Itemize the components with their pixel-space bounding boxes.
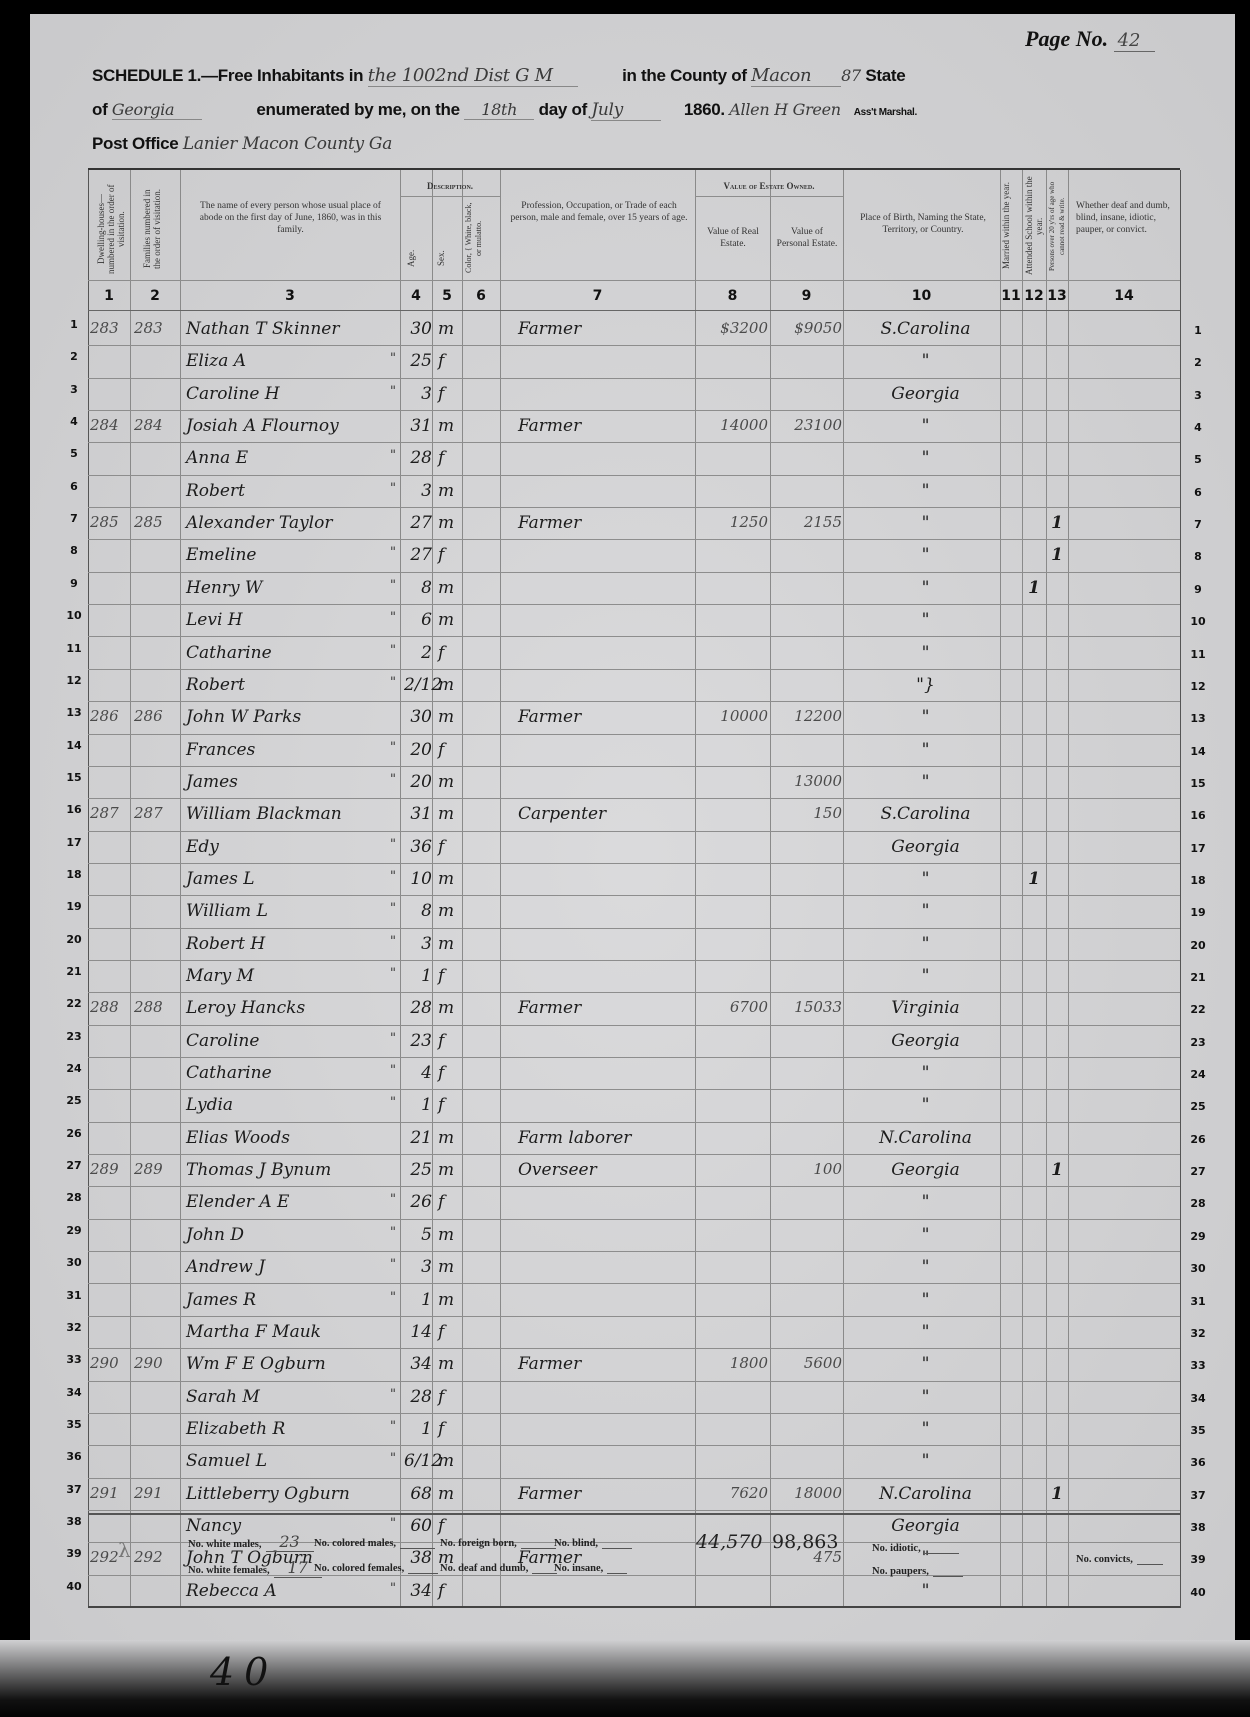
- birthplace: N.Carolina: [853, 1128, 998, 1148]
- col-num-13: 13: [1046, 288, 1068, 304]
- person-name: William Blackman: [186, 804, 366, 824]
- line-number-right: 32: [1188, 1327, 1208, 1340]
- table-row: Martha F Mauk14f"3232: [88, 1317, 1180, 1349]
- person-name: James R: [186, 1290, 366, 1310]
- sex: m: [438, 1225, 462, 1245]
- sex: f: [438, 1063, 462, 1083]
- name-ditto-mark: ": [368, 1095, 396, 1110]
- dwelling-number: 284: [90, 416, 130, 434]
- header-line-1: SCHEDULE 1.—Free Inhabitants in the 1002…: [92, 65, 905, 87]
- personal-estate-value: 5600: [774, 1354, 842, 1372]
- birthplace: ": [853, 934, 998, 954]
- deaf-dumb-label: No. deaf and dumb,: [440, 1563, 528, 1574]
- col-8-header: Value of Real Estate.: [700, 226, 766, 250]
- sex: m: [438, 998, 462, 1018]
- dwelling-number: 288: [90, 998, 130, 1016]
- person-name: Caroline H: [186, 384, 366, 404]
- family-number: 286: [134, 707, 178, 725]
- sex: m: [438, 416, 462, 436]
- table-row: Andrew J"3m"3030: [88, 1252, 1180, 1284]
- sex: m: [438, 772, 462, 792]
- birthplace: ": [853, 1225, 998, 1245]
- name-ditto-mark: ": [368, 837, 396, 852]
- line-number-left: 37: [64, 1483, 84, 1496]
- person-name: Elizabeth R: [186, 1419, 366, 1439]
- total-real-estate: 44,570: [696, 1531, 762, 1553]
- post-office-label: Post Office: [92, 134, 178, 153]
- marshal-name: Allen H Green: [729, 100, 849, 119]
- year: 1860.: [684, 100, 725, 119]
- person-name: Rebecca A: [186, 1581, 366, 1601]
- sex: f: [438, 1387, 462, 1407]
- school-mark: 1: [1022, 869, 1046, 889]
- month-field: July: [591, 100, 661, 121]
- name-ditto-mark: ": [368, 578, 396, 593]
- personal-estate-value: 100: [774, 1160, 842, 1178]
- occupation: Farmer: [518, 1354, 688, 1374]
- age: 8: [404, 901, 432, 921]
- illiterate-mark: 1: [1046, 1160, 1068, 1180]
- line-number-right: 12: [1188, 680, 1208, 693]
- line-number-left: 38: [64, 1515, 84, 1528]
- line-number-right: 39: [1188, 1553, 1208, 1566]
- name-ditto-mark: ": [368, 1225, 396, 1240]
- line-number-left: 34: [64, 1386, 84, 1399]
- person-name: Robert H: [186, 934, 366, 954]
- county-label: in the County of: [622, 66, 747, 85]
- col-5-header: Sex.: [436, 240, 456, 276]
- line-number-right: 31: [1188, 1295, 1208, 1308]
- person-name: John D: [186, 1225, 366, 1245]
- line-number-left: 13: [64, 706, 84, 719]
- real-estate-value: 14000: [698, 416, 768, 434]
- line-number-left: 39: [64, 1547, 84, 1560]
- description-group-header: Description.: [400, 180, 500, 192]
- person-name: Anna E: [186, 448, 366, 468]
- occupation: Farmer: [518, 319, 688, 339]
- birthplace: ": [853, 1581, 998, 1601]
- sex: m: [438, 1257, 462, 1277]
- real-estate-value: $3200: [698, 319, 768, 337]
- real-estate-value: 1250: [698, 513, 768, 531]
- age: 28: [404, 1387, 432, 1407]
- age: 25: [404, 351, 432, 371]
- line-number-right: 2: [1188, 356, 1208, 369]
- personal-estate-value: 23100: [774, 416, 842, 434]
- occupation: Farmer: [518, 998, 688, 1018]
- line-number-right: 34: [1188, 1392, 1208, 1405]
- age: 30: [404, 319, 432, 339]
- line-number-left: 21: [64, 965, 84, 978]
- line-number-right: 36: [1188, 1456, 1208, 1469]
- table-row: 290290Wm F E Ogburn34mFarmer18005600"333…: [88, 1349, 1180, 1381]
- name-ditto-mark: ": [368, 869, 396, 884]
- age: 8: [404, 578, 432, 598]
- dwelling-number: 291: [90, 1484, 130, 1502]
- age: 34: [404, 1581, 432, 1601]
- age: 10: [404, 869, 432, 889]
- personal-estate-value: 150: [774, 804, 842, 822]
- foreign-born-field: No. foreign born,: [440, 1538, 556, 1549]
- sex: m: [438, 1160, 462, 1180]
- sex: f: [438, 643, 462, 663]
- name-ditto-mark: ": [368, 675, 396, 690]
- birthplace: ": [853, 513, 998, 533]
- table-row: 283283Nathan T Skinner30mFarmer$3200$905…: [88, 314, 1180, 346]
- line-number-right: 35: [1188, 1424, 1208, 1437]
- table-row: 284284Josiah A Flournoy31mFarmer14000231…: [88, 411, 1180, 443]
- birthplace: ": [853, 1322, 998, 1342]
- district-field: the 1002nd Dist G M: [368, 65, 578, 87]
- col-num-6: 6: [462, 288, 500, 304]
- birthplace: Georgia: [853, 837, 998, 857]
- age: 36: [404, 837, 432, 857]
- school-mark: 1: [1022, 578, 1046, 598]
- table-row: 285285Alexander Taylor27mFarmer12502155"…: [88, 508, 1180, 540]
- birthplace: ": [853, 545, 998, 565]
- col-4-header: Age.: [406, 240, 426, 276]
- col-3-header: The name of every person whose usual pla…: [188, 200, 393, 236]
- table-row: Robert"2/12m"}1212: [88, 670, 1180, 702]
- person-name: Edy: [186, 837, 366, 857]
- table-row: 287287William Blackman31mCarpenter150S.C…: [88, 799, 1180, 831]
- line-number-left: 30: [64, 1256, 84, 1269]
- col-13-header: Persons over 20 y'rs of age who cannot r…: [1047, 176, 1067, 276]
- table-row: Lydia"1f"2525: [88, 1090, 1180, 1122]
- occupation: Overseer: [518, 1160, 688, 1180]
- age: 3: [404, 384, 432, 404]
- name-ditto-mark: ": [368, 1290, 396, 1305]
- col-num-14: 14: [1068, 288, 1180, 304]
- personal-estate-value: 15033: [774, 998, 842, 1016]
- line-number-right: 40: [1188, 1586, 1208, 1599]
- table-row: James R"1m"3131: [88, 1285, 1180, 1317]
- age: 26: [404, 1192, 432, 1212]
- personal-estate-value: $9050: [774, 319, 842, 337]
- birthplace: S.Carolina: [853, 319, 998, 339]
- col-14-header: Whether deaf and dumb, blind, insane, id…: [1076, 200, 1174, 236]
- foreign-born-label: No. foreign born,: [440, 1538, 517, 1549]
- insane-field: No. insane,: [554, 1563, 627, 1574]
- line-number-right: 7: [1188, 518, 1208, 531]
- dwelling-number: 290: [90, 1354, 130, 1372]
- age: 30: [404, 707, 432, 727]
- col-num-12: 12: [1022, 288, 1046, 304]
- table-row: Catharine"2f"1111: [88, 638, 1180, 670]
- line-number-left: 31: [64, 1289, 84, 1302]
- col-10-header: Place of Birth, Naming the State, Territ…: [853, 212, 993, 236]
- col-11-header: Married within the year.: [1001, 176, 1021, 276]
- col-7-header: Profession, Occupation, or Trade of each…: [508, 200, 690, 224]
- line-number-left: 10: [64, 609, 84, 622]
- birthplace: ": [853, 481, 998, 501]
- person-name: William L: [186, 901, 366, 921]
- line-number-left: 32: [64, 1321, 84, 1334]
- dwelling-number: 283: [90, 319, 130, 337]
- line-number-right: 25: [1188, 1100, 1208, 1113]
- person-name: Eliza A: [186, 351, 366, 371]
- family-number: 284: [134, 416, 178, 434]
- sex: f: [438, 1516, 462, 1536]
- dwelling-number: 286: [90, 707, 130, 725]
- header-line-3: Post Office Lanier Macon County Ga: [92, 134, 392, 154]
- col-2-header: Families numbered in the order of visita…: [142, 184, 172, 274]
- person-name: Levi H: [186, 610, 366, 630]
- age: 14: [404, 1322, 432, 1342]
- sex: f: [438, 351, 462, 371]
- personal-estate-value: 13000: [774, 772, 842, 790]
- line-number-right: 38: [1188, 1521, 1208, 1534]
- sex: f: [438, 1419, 462, 1439]
- real-estate-value: 10000: [698, 707, 768, 725]
- line-number-left: 12: [64, 674, 84, 687]
- table-row: Samuel L"6/12m"3636: [88, 1446, 1180, 1478]
- person-name: James: [186, 772, 366, 792]
- line-number-right: 8: [1188, 550, 1208, 563]
- col-num-1: 1: [88, 288, 130, 304]
- age: 20: [404, 772, 432, 792]
- line-number-right: 4: [1188, 421, 1208, 434]
- schedule-title: SCHEDULE 1.—Free Inhabitants in: [92, 66, 363, 85]
- line-number-right: 28: [1188, 1197, 1208, 1210]
- table-row: 291291Littleberry Ogburn68mFarmer7620180…: [88, 1479, 1180, 1511]
- birthplace: Georgia: [853, 1031, 998, 1051]
- age: 1: [404, 1419, 432, 1439]
- col-num-3: 3: [180, 288, 400, 304]
- sex: m: [438, 869, 462, 889]
- col-num-9: 9: [770, 288, 843, 304]
- name-ditto-mark: ": [368, 448, 396, 463]
- table-row: Sarah M"28f"3434: [88, 1382, 1180, 1414]
- occupation: Farm laborer: [518, 1128, 688, 1148]
- birthplace: ": [853, 740, 998, 760]
- table-row: Henry W"8m"199: [88, 573, 1180, 605]
- line-number-right: 17: [1188, 842, 1208, 855]
- name-ditto-mark: ": [368, 1063, 396, 1078]
- line-number-left: 22: [64, 997, 84, 1010]
- table-row: Anna E"28f"55: [88, 443, 1180, 475]
- line-number-right: 27: [1188, 1165, 1208, 1178]
- name-ditto-mark: ": [368, 1192, 396, 1207]
- name-ditto-mark: ": [368, 1516, 396, 1531]
- family-number: 289: [134, 1160, 178, 1178]
- name-ditto-mark: ": [368, 610, 396, 625]
- age: 28: [404, 998, 432, 1018]
- birthplace: ": [853, 1095, 998, 1115]
- birthplace: ": [853, 643, 998, 663]
- illiterate-mark: 1: [1046, 1484, 1068, 1504]
- line-number-right: 5: [1188, 453, 1208, 466]
- birthplace: ": [853, 901, 998, 921]
- header-line-2: of Georgia enumerated by me, on the 18th…: [92, 100, 917, 121]
- line-number-left: 26: [64, 1127, 84, 1140]
- name-ditto-mark: ": [368, 772, 396, 787]
- page-number-label: Page No.: [1025, 26, 1108, 51]
- dwelling-number: 289: [90, 1160, 130, 1178]
- age: 5: [404, 1225, 432, 1245]
- col-num-4: 4: [400, 288, 432, 304]
- personal-estate-value: 12200: [774, 707, 842, 725]
- state-label: State: [865, 66, 905, 85]
- sex: f: [438, 837, 462, 857]
- line-number-left: 2: [64, 350, 84, 363]
- family-number: 283: [134, 319, 178, 337]
- person-name: John W Parks: [186, 707, 366, 727]
- person-name: Alexander Taylor: [186, 513, 366, 533]
- line-number-left: 11: [64, 642, 84, 655]
- colored-males-label: No. colored males,: [314, 1538, 396, 1549]
- name-ditto-mark: ": [368, 1419, 396, 1434]
- table-row: Robert"3m"66: [88, 476, 1180, 508]
- occupation: Carpenter: [518, 804, 688, 824]
- person-name: Andrew J: [186, 1257, 366, 1277]
- birthplace: ": [853, 351, 998, 371]
- birthplace: ": [853, 707, 998, 727]
- line-number-left: 24: [64, 1062, 84, 1075]
- of-label: of: [92, 100, 107, 119]
- personal-estate-value: 2155: [774, 513, 842, 531]
- estate-group-header: Value of Estate Owned.: [695, 180, 843, 192]
- page-edge-shadow: [0, 1640, 1250, 1717]
- age: 31: [404, 416, 432, 436]
- birthplace: Georgia: [853, 1160, 998, 1180]
- birthplace: "}: [853, 675, 998, 695]
- line-number-right: 26: [1188, 1133, 1208, 1146]
- line-number-right: 9: [1188, 583, 1208, 596]
- birthplace: ": [853, 610, 998, 630]
- birthplace: ": [853, 1419, 998, 1439]
- convicts-field: No. convicts,: [1076, 1554, 1163, 1565]
- age: 1: [404, 1095, 432, 1115]
- line-number-right: 13: [1188, 712, 1208, 725]
- deaf-dumb-field: No. deaf and dumb,: [440, 1563, 557, 1574]
- birthplace: N.Carolina: [853, 1484, 998, 1504]
- birthplace: ": [853, 772, 998, 792]
- line-number-left: 7: [64, 512, 84, 525]
- sex: f: [438, 384, 462, 404]
- sex: m: [438, 901, 462, 921]
- day-field: 18th: [464, 100, 534, 120]
- white-males-value: 23: [266, 1532, 314, 1552]
- occupation: Farmer: [518, 1484, 688, 1504]
- sex: m: [438, 513, 462, 533]
- table-row: Elender A E"26f"2828: [88, 1187, 1180, 1219]
- line-number-right: 20: [1188, 939, 1208, 952]
- age: 3: [404, 1257, 432, 1277]
- line-number-right: 21: [1188, 971, 1208, 984]
- table-row: Levi H"6m"1010: [88, 605, 1180, 637]
- line-number-left: 1: [64, 318, 84, 331]
- county-field: Macon: [751, 65, 841, 87]
- white-males-field: No. white males,23: [188, 1532, 314, 1552]
- blind-field: No. blind,: [554, 1538, 632, 1549]
- line-number-right: 6: [1188, 486, 1208, 499]
- line-number-right: 10: [1188, 615, 1208, 628]
- person-name: Catharine: [186, 1063, 366, 1083]
- col-num-7: 7: [500, 288, 695, 304]
- line-number-left: 9: [64, 577, 84, 590]
- birthplace: S.Carolina: [853, 804, 998, 824]
- line-number-right: 19: [1188, 906, 1208, 919]
- sex: m: [438, 1484, 462, 1504]
- table-row: John D"5m"2929: [88, 1220, 1180, 1252]
- name-ditto-mark: ": [368, 384, 396, 399]
- family-number: 288: [134, 998, 178, 1016]
- line-number-left: 23: [64, 1030, 84, 1043]
- birthplace: ": [853, 869, 998, 889]
- age: 28: [404, 448, 432, 468]
- col-6-header: Color, { White, black, or mulatto.: [464, 200, 498, 276]
- white-females-label: No. white females,: [188, 1565, 270, 1576]
- line-number-right: 16: [1188, 809, 1208, 822]
- person-name: James L: [186, 869, 366, 889]
- age: 2: [404, 643, 432, 663]
- table-row: Edy"36fGeorgia1717: [88, 832, 1180, 864]
- name-ditto-mark: ": [368, 481, 396, 496]
- white-females-field: No. white females,17: [188, 1558, 322, 1578]
- line-number-left: 5: [64, 447, 84, 460]
- line-number-right: 18: [1188, 874, 1208, 887]
- real-estate-value: 7620: [698, 1484, 768, 1502]
- sex: m: [438, 610, 462, 630]
- paupers-label: No. paupers,: [872, 1566, 929, 1577]
- person-name: Frances: [186, 740, 366, 760]
- age: 27: [404, 545, 432, 565]
- enumerated-label: enumerated by me, on the: [256, 100, 459, 119]
- person-name: Emeline: [186, 545, 366, 565]
- line-number-left: 8: [64, 544, 84, 557]
- line-number-left: 18: [64, 868, 84, 881]
- line-number-right: 1: [1188, 324, 1208, 337]
- person-name: Sarah M: [186, 1387, 366, 1407]
- age: 25: [404, 1160, 432, 1180]
- sex: m: [438, 675, 462, 695]
- line-number-left: 19: [64, 900, 84, 913]
- sex: f: [438, 545, 462, 565]
- col-num-11: 11: [1000, 288, 1022, 304]
- col-num-10: 10: [843, 288, 1000, 304]
- family-number: 291: [134, 1484, 178, 1502]
- sex: m: [438, 578, 462, 598]
- age: 34: [404, 1354, 432, 1374]
- line-number-right: 22: [1188, 1003, 1208, 1016]
- age: 3: [404, 934, 432, 954]
- person-name: Robert: [186, 481, 366, 501]
- sex: m: [438, 1451, 462, 1471]
- age: 2/12: [404, 675, 432, 695]
- sex: f: [438, 1031, 462, 1051]
- birthplace: ": [853, 1290, 998, 1310]
- line-number-left: 25: [64, 1094, 84, 1107]
- age: 4: [404, 1063, 432, 1083]
- idiotic-field: No. idiotic,: [872, 1543, 959, 1554]
- table-row: Robert H"3m"2020: [88, 929, 1180, 961]
- table-row: Elias Woods21mFarm laborerN.Carolina2626: [88, 1123, 1180, 1155]
- line-number-left: 14: [64, 739, 84, 752]
- age: 21: [404, 1128, 432, 1148]
- line-number-right: 37: [1188, 1489, 1208, 1502]
- total-personal-estate: 98,863: [772, 1531, 838, 1553]
- convicts-label: No. convicts,: [1076, 1554, 1133, 1565]
- occupation: Farmer: [518, 513, 688, 533]
- real-estate-value: 1800: [698, 1354, 768, 1372]
- line-number-left: 3: [64, 383, 84, 396]
- line-number-left: 15: [64, 771, 84, 784]
- table-row: 286286John W Parks30mFarmer1000012200"13…: [88, 702, 1180, 734]
- illiterate-mark: 1: [1046, 545, 1068, 565]
- birthplace: ": [853, 1257, 998, 1277]
- page-total-annotation: 40: [210, 1650, 278, 1694]
